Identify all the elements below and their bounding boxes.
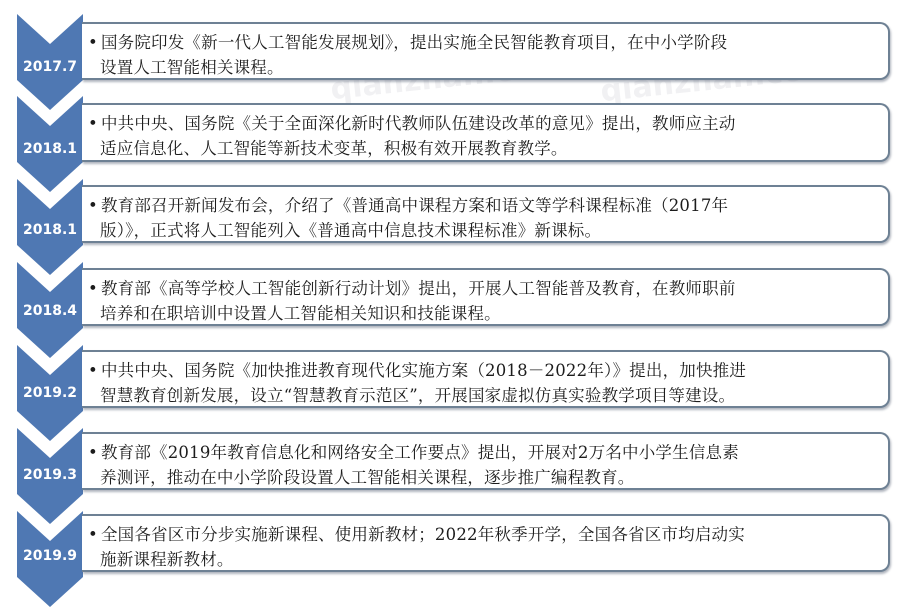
event-text: 智慧教育创新发展，设立“智慧教育示范区”，开展国家虚拟仿真实验教学项目等建设。 xyxy=(88,383,882,408)
event-date: 2018.4 xyxy=(17,303,83,319)
event-text: 中共中央、国务院《加快推进教育现代化实施方案（2018－2022年）》提出，加快… xyxy=(88,358,882,383)
event-text: 设置人工智能相关课程。 xyxy=(88,55,882,80)
event-box: 全国各省区市分步实施新课程、使用新教材；2022年秋季开学，全国各省区市均启动实… xyxy=(82,514,890,572)
event-text: 教育部《高等学校人工智能创新行动计划》提出，开展人工智能普及教育，在教师职前 xyxy=(88,276,882,301)
event-text: 教育部召开新闻发布会，介绍了《普通高中课程方案和语文等学科课程标准（2017年 xyxy=(88,193,882,218)
event-box: 中共中央、国务院《关于全面深化新时代教师队伍建设改革的意见》提出，教师应主动 适… xyxy=(82,103,890,162)
event-text: 国务院印发《新一代人工智能发展规划》，提出实施全民智能教育项目，在中小学阶段 xyxy=(88,30,882,55)
event-text: 中共中央、国务院《关于全面深化新时代教师队伍建设改革的意见》提出，教师应主动 xyxy=(88,111,882,136)
event-date: 2017.7 xyxy=(17,59,83,75)
event-box: 中共中央、国务院《加快推进教育现代化实施方案（2018－2022年）》提出，加快… xyxy=(82,350,890,408)
event-date: 2018.1 xyxy=(17,141,83,157)
event-text: 施新课程新教材。 xyxy=(88,547,882,572)
event-text: 版）》，正式将人工智能列入《普通高中信息技术课程标准》新课标。 xyxy=(88,218,882,243)
event-date: 2019.2 xyxy=(17,385,83,401)
event-text: 培养和在职培训中设置人工智能相关知识和技能课程。 xyxy=(88,301,882,326)
event-text: 适应信息化、人工智能等新技术变革，积极有效开展教育教学。 xyxy=(88,136,882,161)
event-box: 国务院印发《新一代人工智能发展规划》，提出实施全民智能教育项目，在中小学阶段 设… xyxy=(82,22,890,80)
event-box: 教育部《高等学校人工智能创新行动计划》提出，开展人工智能普及教育，在教师职前 培… xyxy=(82,268,890,326)
timeline: qianzhan.com qianzhan.com 2017.7 国务院印发《新… xyxy=(0,0,905,609)
event-date: 2019.3 xyxy=(17,467,83,483)
event-text: 全国各省区市分步实施新课程、使用新教材；2022年秋季开学，全国各省区市均启动实 xyxy=(88,522,882,547)
event-text: 养测评，推动在中小学阶段设置人工智能相关课程，逐步推广编程教育。 xyxy=(88,465,882,490)
event-date: 2019.9 xyxy=(17,548,83,564)
event-text: 教育部《2019年教育信息化和网络安全工作要点》提出，开展对2万名中小学生信息素 xyxy=(88,440,882,465)
event-date: 2018.1 xyxy=(17,222,83,238)
event-box: 教育部《2019年教育信息化和网络安全工作要点》提出，开展对2万名中小学生信息素… xyxy=(82,432,890,490)
event-box: 教育部召开新闻发布会，介绍了《普通高中课程方案和语文等学科课程标准（2017年 … xyxy=(82,185,890,243)
